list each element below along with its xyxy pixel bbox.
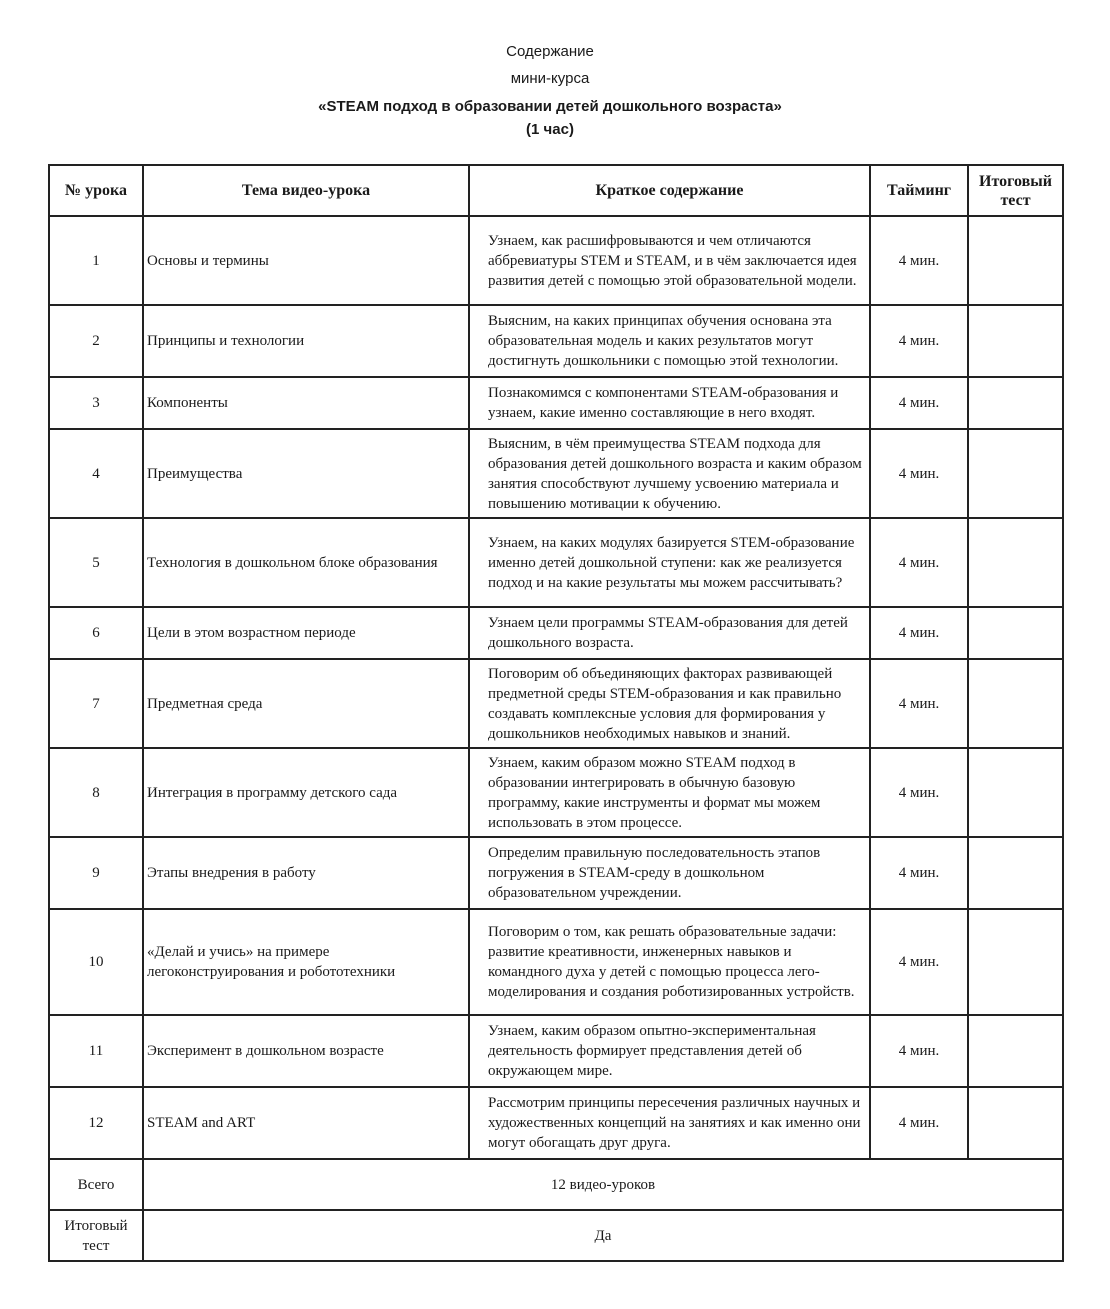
lesson-summary: Узнаем, каким образом можно STEAM подход… bbox=[469, 748, 870, 837]
lesson-topic: Интеграция в программу детского сада bbox=[143, 748, 469, 837]
table-row: 2 Принципы и технологии Выясним, на каки… bbox=[49, 305, 1063, 377]
lesson-number: 5 bbox=[49, 518, 143, 607]
heading-mini-course: мини-курса bbox=[0, 70, 1100, 87]
lesson-number: 2 bbox=[49, 305, 143, 377]
lesson-topic: Принципы и технологии bbox=[143, 305, 469, 377]
lesson-final-test bbox=[968, 216, 1063, 305]
lesson-number: 12 bbox=[49, 1087, 143, 1159]
total-label: Всего bbox=[49, 1159, 143, 1210]
lesson-final-test bbox=[968, 659, 1063, 748]
table-row: 7 Предметная среда Поговорим об объединя… bbox=[49, 659, 1063, 748]
lesson-topic: Технология в дошкольном блоке образовани… bbox=[143, 518, 469, 607]
lessons-table: № урока Тема видео-урока Краткое содержа… bbox=[48, 164, 1064, 1262]
lesson-final-test bbox=[968, 837, 1063, 909]
lesson-summary: Узнаем, на каких модулях базируется STEM… bbox=[469, 518, 870, 607]
lesson-topic: Преимущества bbox=[143, 429, 469, 518]
lesson-topic: Этапы внедрения в работу bbox=[143, 837, 469, 909]
lesson-summary: Поговорим о том, как решать образователь… bbox=[469, 909, 870, 1015]
lesson-summary: Узнаем, каким образом опытно-эксперимент… bbox=[469, 1015, 870, 1087]
lesson-final-test bbox=[968, 607, 1063, 659]
lesson-timing: 4 мин. bbox=[870, 659, 968, 748]
lesson-final-test bbox=[968, 1087, 1063, 1159]
lesson-timing: 4 мин. bbox=[870, 377, 968, 429]
table-row: 10 «Делай и учись» на примере легоконстр… bbox=[49, 909, 1063, 1015]
lesson-number: 3 bbox=[49, 377, 143, 429]
lesson-timing: 4 мин. bbox=[870, 1015, 968, 1087]
header-lesson-number: № урока bbox=[49, 165, 143, 216]
lesson-timing: 4 мин. bbox=[870, 837, 968, 909]
lesson-summary: Узнаем, как расшифровываются и чем отлич… bbox=[469, 216, 870, 305]
lesson-summary: Определим правильную последовательность … bbox=[469, 837, 870, 909]
table-row: 9 Этапы внедрения в работу Определим пра… bbox=[49, 837, 1063, 909]
heading-contents: Содержание bbox=[0, 43, 1100, 60]
final-test-label: Итоговый тест bbox=[49, 1210, 143, 1261]
lesson-final-test bbox=[968, 748, 1063, 837]
course-duration: (1 час) bbox=[0, 121, 1100, 138]
lesson-timing: 4 мин. bbox=[870, 1087, 968, 1159]
lesson-number: 1 bbox=[49, 216, 143, 305]
table-row: 12 STEAM and ART Рассмотрим принципы пер… bbox=[49, 1087, 1063, 1159]
course-title: «STEAM подход в образовании детей дошкол… bbox=[0, 98, 1100, 115]
lesson-final-test bbox=[968, 305, 1063, 377]
lesson-summary: Рассмотрим принципы пересечения различны… bbox=[469, 1087, 870, 1159]
total-row: Всего 12 видео-уроков bbox=[49, 1159, 1063, 1210]
lesson-summary: Познакомимся с компонентами STEAM-образо… bbox=[469, 377, 870, 429]
lesson-topic: Эксперимент в дошкольном возрасте bbox=[143, 1015, 469, 1087]
table-row: 8 Интеграция в программу детского сада У… bbox=[49, 748, 1063, 837]
final-test-row: Итоговый тест Да bbox=[49, 1210, 1063, 1261]
lesson-summary: Выясним, в чём преимущества STEAM подход… bbox=[469, 429, 870, 518]
table-header-row: № урока Тема видео-урока Краткое содержа… bbox=[49, 165, 1063, 216]
table-row: 5 Технология в дошкольном блоке образова… bbox=[49, 518, 1063, 607]
lesson-topic: Предметная среда bbox=[143, 659, 469, 748]
lesson-number: 10 bbox=[49, 909, 143, 1015]
lesson-number: 8 bbox=[49, 748, 143, 837]
header-summary: Краткое содержание bbox=[469, 165, 870, 216]
lesson-topic: Компоненты bbox=[143, 377, 469, 429]
lesson-timing: 4 мин. bbox=[870, 518, 968, 607]
lesson-number: 9 bbox=[49, 837, 143, 909]
lesson-timing: 4 мин. bbox=[870, 216, 968, 305]
lesson-final-test bbox=[968, 1015, 1063, 1087]
lesson-final-test bbox=[968, 377, 1063, 429]
lesson-final-test bbox=[968, 518, 1063, 607]
total-value: 12 видео-уроков bbox=[143, 1159, 1063, 1210]
table-row: 4 Преимущества Выясним, в чём преимущест… bbox=[49, 429, 1063, 518]
lesson-topic: STEAM and ART bbox=[143, 1087, 469, 1159]
lesson-summary: Выясним, на каких принципах обучения осн… bbox=[469, 305, 870, 377]
lesson-timing: 4 мин. bbox=[870, 607, 968, 659]
lesson-final-test bbox=[968, 429, 1063, 518]
table-row: 11 Эксперимент в дошкольном возрасте Узн… bbox=[49, 1015, 1063, 1087]
lesson-number: 4 bbox=[49, 429, 143, 518]
header-topic: Тема видео-урока bbox=[143, 165, 469, 216]
lesson-topic: «Делай и учись» на примере легоконструир… bbox=[143, 909, 469, 1015]
header-timing: Тайминг bbox=[870, 165, 968, 216]
lesson-summary: Поговорим об объединяющих факторах разви… bbox=[469, 659, 870, 748]
lesson-timing: 4 мин. bbox=[870, 305, 968, 377]
header-final-test: Итоговый тест bbox=[968, 165, 1063, 216]
final-test-value: Да bbox=[143, 1210, 1063, 1261]
lesson-timing: 4 мин. bbox=[870, 429, 968, 518]
table-row: 3 Компоненты Познакомимся с компонентами… bbox=[49, 377, 1063, 429]
lesson-number: 11 bbox=[49, 1015, 143, 1087]
lesson-number: 6 bbox=[49, 607, 143, 659]
lesson-timing: 4 мин. bbox=[870, 748, 968, 837]
lesson-number: 7 bbox=[49, 659, 143, 748]
lesson-topic: Цели в этом возрастном периоде bbox=[143, 607, 469, 659]
table-row: 1 Основы и термины Узнаем, как расшифров… bbox=[49, 216, 1063, 305]
lesson-summary: Узнаем цели программы STEAM-образования … bbox=[469, 607, 870, 659]
lesson-timing: 4 мин. bbox=[870, 909, 968, 1015]
lesson-final-test bbox=[968, 909, 1063, 1015]
lesson-topic: Основы и термины bbox=[143, 216, 469, 305]
table-row: 6 Цели в этом возрастном периоде Узнаем … bbox=[49, 607, 1063, 659]
